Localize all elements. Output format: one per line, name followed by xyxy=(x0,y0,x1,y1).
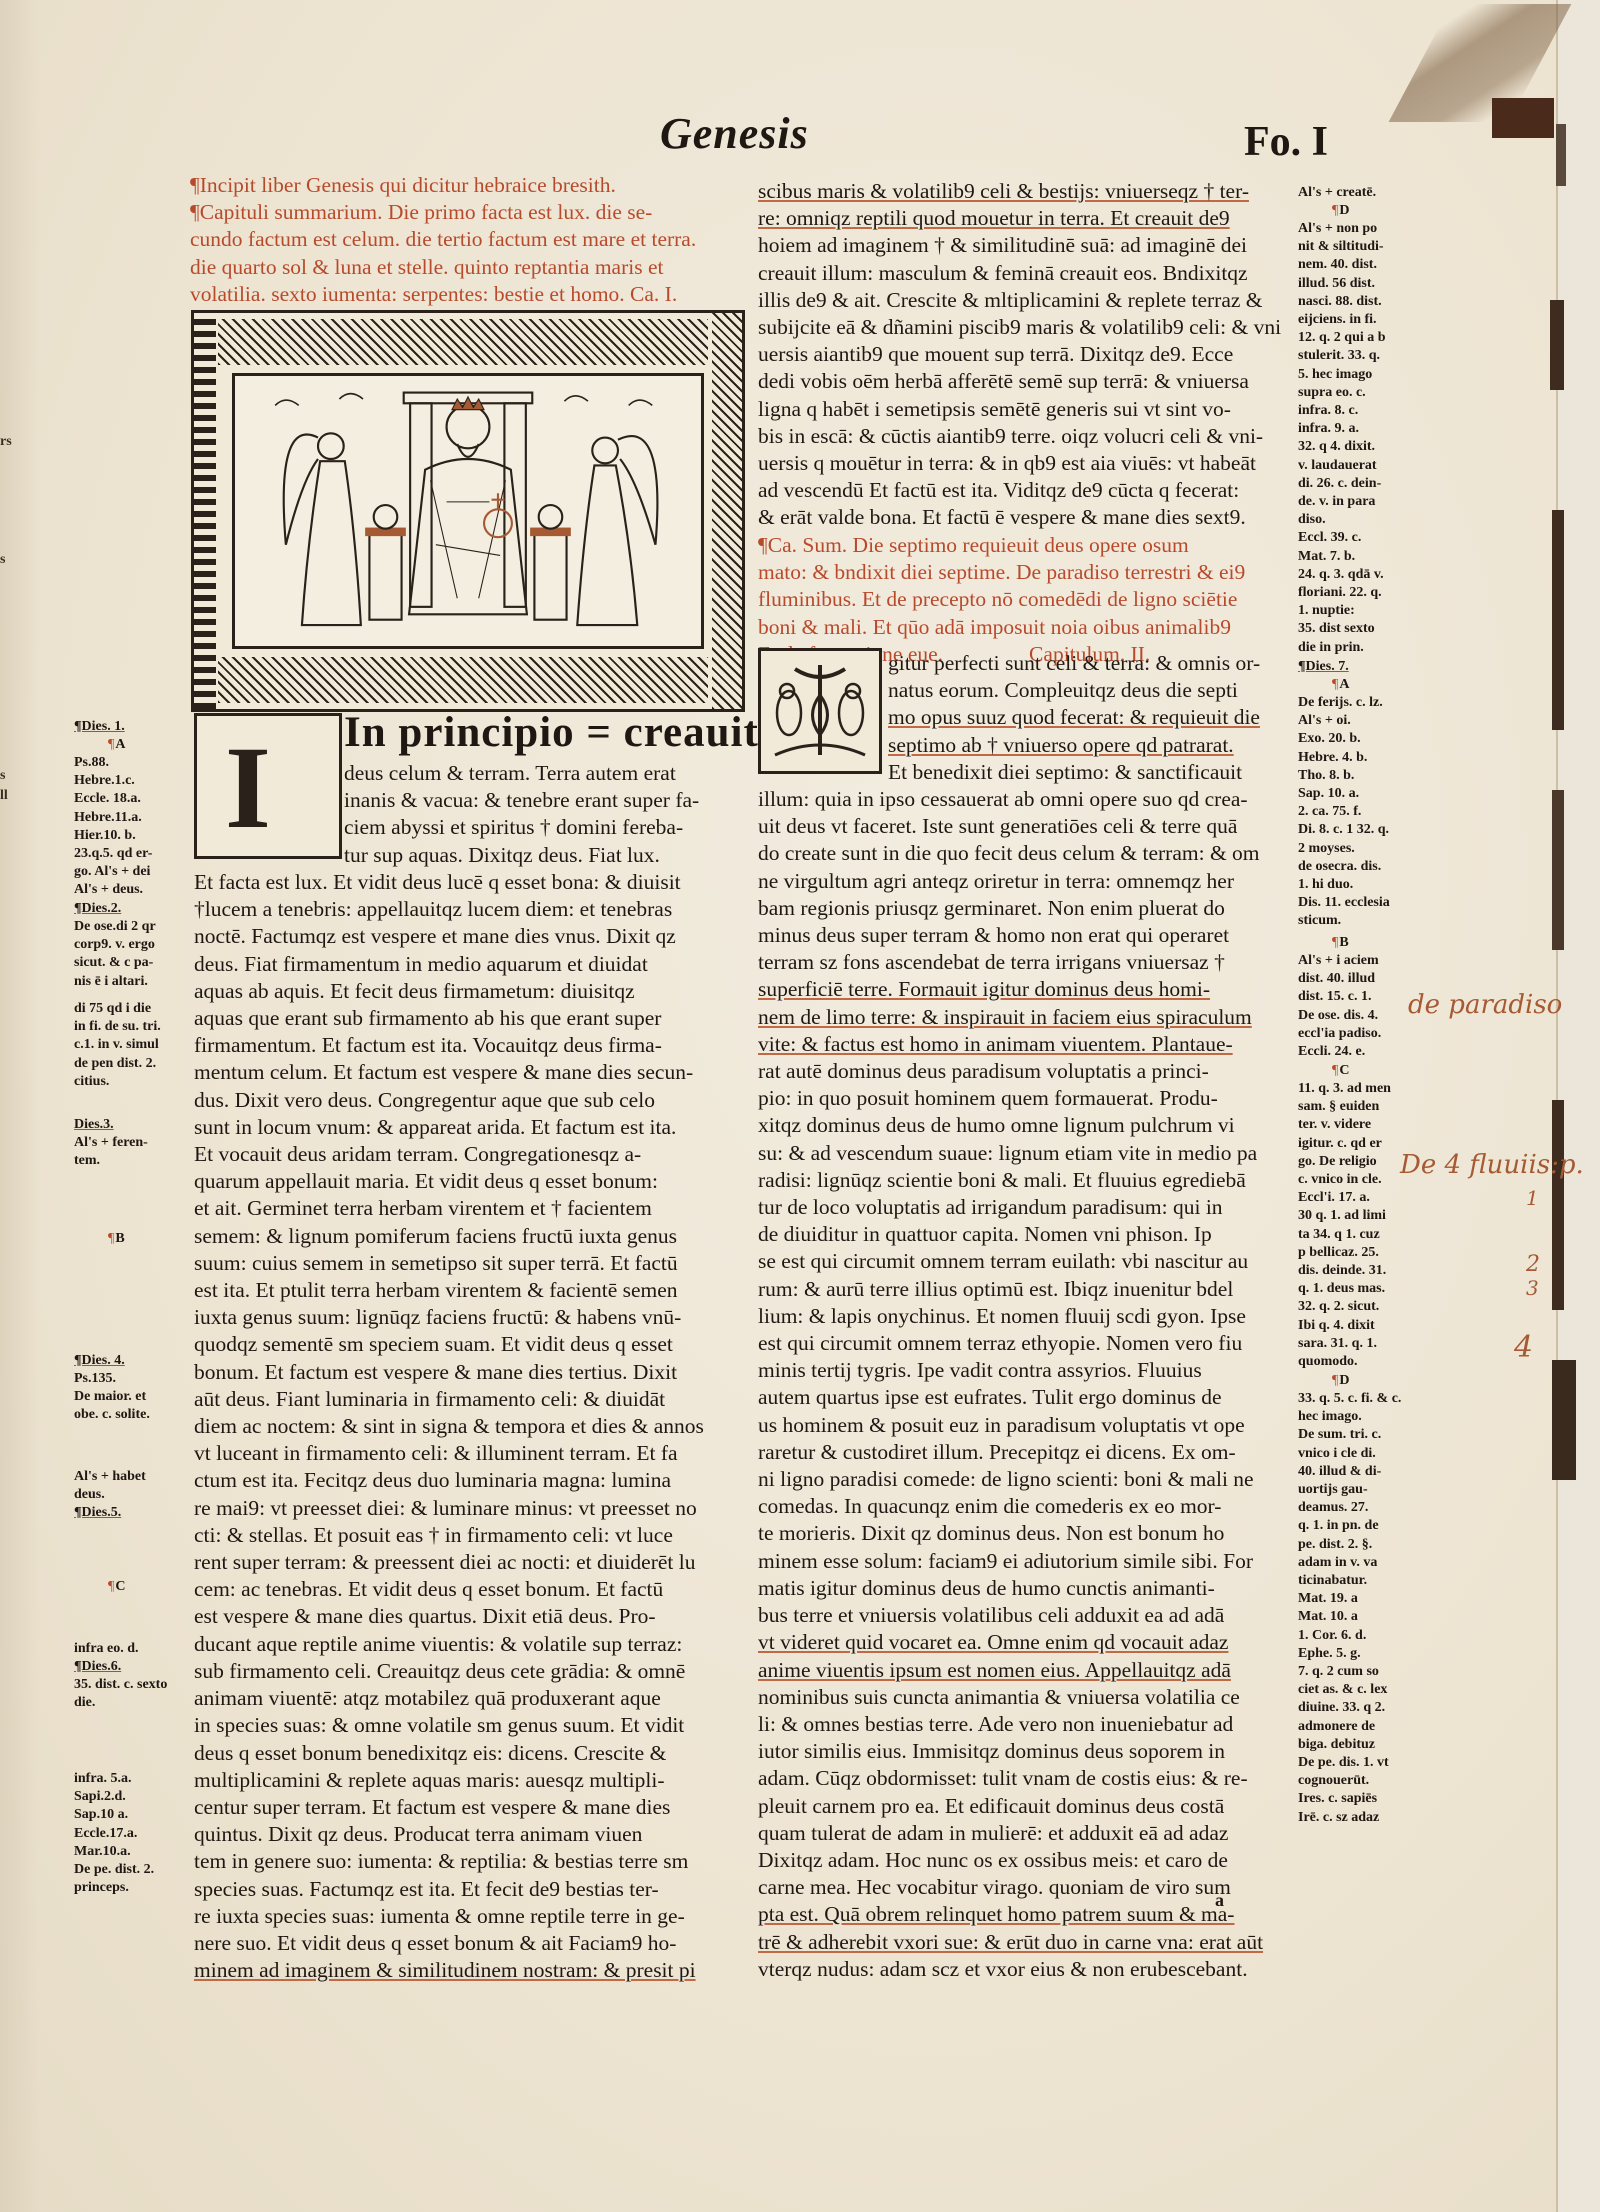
gloss-line: p bellicaz. 25. xyxy=(1298,1244,1391,1262)
text-line: de diuiditur in quattuor capita. Nomen v… xyxy=(758,1221,1292,1248)
gloss-line: Exo. 20. b. xyxy=(1298,730,1390,748)
gloss-line: 5. hec imago xyxy=(1298,366,1386,384)
gloss-line: princeps. xyxy=(74,1879,154,1897)
gloss-line: Dies.3. xyxy=(74,1116,114,1134)
text-line: bonum. Et factum est vespere & mane dies… xyxy=(194,1359,740,1386)
gloss-line: De ose.di 2 qr xyxy=(74,918,156,936)
gloss-line: stulerit. 33. q. xyxy=(1298,347,1386,365)
gloss-line: 40. illud & di- xyxy=(1298,1463,1401,1481)
leather-index-tab xyxy=(1552,510,1564,730)
marginal-gloss: di 75 qd i diein fi. de su. tri.c.1. in … xyxy=(74,1000,161,1091)
gloss-line: deus. xyxy=(74,1486,146,1504)
gloss-section-letter: D xyxy=(1298,202,1349,220)
text-line: bus terre et vniuersis volatilibus celi … xyxy=(758,1602,1292,1629)
text-line: septimo ab † vniuerso opere qd patrarat. xyxy=(888,732,1292,759)
rubric-line: volatilia. sexto iumenta: serpentes: bes… xyxy=(190,281,740,308)
gloss-line: Sap. 10. a. xyxy=(1298,785,1390,803)
text-line: iutor similis eius. Immisitqz dominus de… xyxy=(758,1738,1292,1765)
facing-page-bleed: ll xyxy=(0,788,8,804)
gloss-line: infra eo. d. xyxy=(74,1640,139,1658)
text-line: sunt in locum vnum: & appareat arida. Et… xyxy=(194,1114,740,1141)
text-line: Et benedixit diei septimo: & sanctificau… xyxy=(888,759,1292,786)
gloss-line: A xyxy=(74,736,125,754)
gloss-line: infra. 8. c. xyxy=(1298,402,1386,420)
text-line: quodqz sementē sm speciem suam. Et vidit… xyxy=(194,1331,740,1358)
text-line: minem esse solum: faciam9 ei adiutorium … xyxy=(758,1548,1292,1575)
gloss-line: Hebre. 4. b. xyxy=(1298,749,1390,767)
left-column-opening-lines: deus celum & terram. Terra autem erat in… xyxy=(344,760,740,869)
rubric-line: ¶Ca. Sum. Die septimo requieuit deus ope… xyxy=(758,532,1292,559)
text-line: raretur & custodiret illum. Precepitqz e… xyxy=(758,1439,1292,1466)
gloss-line: D xyxy=(1298,1372,1349,1390)
text-line: iuxta genus suum: lignūqz faciens fructū… xyxy=(194,1304,740,1331)
woodcut-border-top xyxy=(218,319,708,365)
gloss-line: supra eo. c. xyxy=(1298,384,1386,402)
leather-index-tab xyxy=(1552,790,1564,950)
marginal-gloss: Al's + non ponit & siltitudi-nem. 40. di… xyxy=(1298,220,1386,657)
gloss-line: Ibi q. 4. dixit xyxy=(1298,1317,1391,1335)
text-line: firmamentum. Et factum est ita. Vocauitq… xyxy=(194,1032,740,1059)
text-line: illum: quia in ipso cessauerat ab omni o… xyxy=(758,786,1292,813)
gloss-line: nem. 40. dist. xyxy=(1298,256,1386,274)
gloss-line: De pe. dis. 1. vt xyxy=(1298,1754,1401,1772)
gloss-line: 33. q. 5. c. fi. & c. xyxy=(1298,1390,1401,1408)
gloss-line: sam. § euiden xyxy=(1298,1098,1391,1116)
text-line: est vespere & mane dies quartus. Dixit e… xyxy=(194,1603,740,1630)
gloss-line: quomodo. xyxy=(1298,1353,1391,1371)
marginal-gloss: 35. dist. c. sextodie. xyxy=(74,1676,167,1712)
gloss-line: 30 q. 1. ad limi xyxy=(1298,1207,1391,1225)
gloss-line: 12. q. 2 qui a b xyxy=(1298,329,1386,347)
text-line: Dixitqz adam. Hoc nunc os ex ossibus mei… xyxy=(758,1847,1292,1874)
text-line: est qui circumit omnem terraz ethyopie. … xyxy=(758,1330,1292,1357)
two-birds-icon xyxy=(765,655,875,765)
gloss-line: adam in v. va xyxy=(1298,1554,1401,1572)
text-line: centur super terram. Et factum est vespe… xyxy=(194,1794,740,1821)
gloss-line: De sum. tri. c. xyxy=(1298,1426,1401,1444)
text-line: pio: in quo posuit hominem quem formauer… xyxy=(758,1085,1292,1112)
text-line: se est qui circumit omnem terram euilath… xyxy=(758,1248,1292,1275)
gloss-line: Ires. c. sapiēs xyxy=(1298,1790,1401,1808)
gloss-line: 1. nuptie: xyxy=(1298,602,1386,620)
text-line: sub firmamento celi. Creauitqz deus cete… xyxy=(194,1658,740,1685)
text-line: matis igitur dominus deus de humo cuncti… xyxy=(758,1575,1292,1602)
gloss-line: ¶Dies.2. xyxy=(74,900,121,918)
text-line: tem in genere suo: iumenta: & reptilia: … xyxy=(194,1848,740,1875)
text-line: minem ad imaginem & similitudinem nostra… xyxy=(194,1957,740,1984)
text-line: aquas ab aquis. Et fecit deus firmametum… xyxy=(194,978,740,1005)
gloss-line: Ephe. 5. g. xyxy=(1298,1645,1401,1663)
leather-index-tab-edge xyxy=(1556,124,1566,186)
rubric-line: mato: & bndixit diei septime. De paradis… xyxy=(758,559,1292,586)
gloss-day-heading: Dies.3. xyxy=(74,1116,114,1134)
gloss-line: in fi. de su. tri. xyxy=(74,1018,161,1036)
gloss-section-letter: B xyxy=(74,1230,125,1248)
text-line: do create sunt in die quo fecit deus cel… xyxy=(758,840,1292,867)
gloss-line: 35. dist sexto xyxy=(1298,620,1386,638)
text-line: re: omniqz reptili quod mouetur in terra… xyxy=(758,205,1292,232)
gloss-line: Al's + i aciem xyxy=(1298,952,1381,970)
text-line: ne virgultum agri anteqz oriretur in ter… xyxy=(758,868,1292,895)
text-line: quintus. Dixit qz deus. Producat terra a… xyxy=(194,1821,740,1848)
gloss-line: ¶Dies. 1. xyxy=(74,718,125,736)
gloss-line: 23.q.5. qd er- xyxy=(74,845,152,863)
gloss-line: 7. q. 2 cum so xyxy=(1298,1663,1401,1681)
gloss-line: de pen dist. 2. xyxy=(74,1055,161,1073)
gloss-line: igitur. c. qd er xyxy=(1298,1135,1391,1153)
text-line: ad vescendū Et factū est ita. Viditqz de… xyxy=(758,477,1292,504)
text-line: illis de9 & ait. Crescite & mltiplicamin… xyxy=(758,287,1292,314)
handwritten-annotation: 2 xyxy=(1526,1252,1540,1277)
text-line: adam. Cūqz obdormisset: tulit vnam de co… xyxy=(758,1765,1292,1792)
text-line: uersis aiantib9 que mouent sup terrā. Di… xyxy=(758,341,1292,368)
gloss-line: ¶Dies. 4. xyxy=(74,1352,125,1370)
right-column-text: illum: quia in ipso cessauerat ab omni o… xyxy=(758,786,1292,1983)
text-line: minus deus super terram & homo non erat … xyxy=(758,922,1292,949)
gloss-day-heading: ¶Dies.5. xyxy=(74,1504,121,1522)
marginal-gloss: Al's + feren-tem. xyxy=(74,1134,148,1170)
facing-page-bleed: rs xyxy=(0,434,12,450)
text-line: aquas que erant sub firmamento ab his qu… xyxy=(194,1005,740,1032)
text-line: ligna q habēt i semetipsis semētē generi… xyxy=(758,396,1292,423)
text-line: uit deus vt faceret. Iste sunt generatiō… xyxy=(758,813,1292,840)
gloss-line: ta 34. q 1. cuz xyxy=(1298,1226,1391,1244)
rubric-line: ¶Capituli summarium. Die primo facta est… xyxy=(190,199,740,226)
marginal-gloss: Ps.88.Hebre.1.c.Eccle. 18.a.Hebre.11.a.H… xyxy=(74,754,152,900)
text-line: ctum est ita. Fecitqz deus duo luminaria… xyxy=(194,1467,740,1494)
marginal-gloss: De ose.di 2 qrcorp9. v. ergosicut. & c p… xyxy=(74,918,156,991)
handwritten-annotation: 4 xyxy=(1514,1330,1533,1365)
enthroned-god-icon xyxy=(243,384,693,652)
text-line: deus. Fiat firmamentum in medio aquarum … xyxy=(194,951,740,978)
gloss-line: D xyxy=(1298,202,1349,220)
text-line: rum: & aurū terre illius optimū est. Ibi… xyxy=(758,1276,1292,1303)
gloss-day-heading: ¶Dies.6. xyxy=(74,1658,121,1676)
text-line: in species suas: & omne volatile sm genu… xyxy=(194,1712,740,1739)
gloss-line: die in prin. xyxy=(1298,639,1386,657)
text-line: superficiē terre. Formauit igitur dominu… xyxy=(758,976,1292,1003)
text-line: autem quartus ipse est eufrates. Tulit e… xyxy=(758,1384,1292,1411)
gloss-line: dist. 40. illud xyxy=(1298,970,1381,988)
text-line: mo opus suuz quod fecerat: & requieuit d… xyxy=(888,704,1292,731)
gloss-section-letter: D xyxy=(1298,1372,1349,1390)
gloss-line: infra. 5.a. xyxy=(74,1770,154,1788)
gloss-line: Al's + feren- xyxy=(74,1134,148,1152)
gloss-line: 32. q. 2. sicut. xyxy=(1298,1298,1391,1316)
text-line: semem: & lignum pomiferum faciens fructū… xyxy=(194,1223,740,1250)
rubric-line: die quarto sol & luna et stelle. quinto … xyxy=(190,254,740,281)
gloss-line: 2. ca. 75. f. xyxy=(1298,803,1390,821)
marginal-gloss: 33. q. 5. c. fi. & c.hec imago.De sum. t… xyxy=(1298,1390,1401,1827)
text-line: deus q esset bonum benedixitqz eis: dice… xyxy=(194,1740,740,1767)
marginal-gloss: infra. 5.a.Sapi.2.d.Sap.10 a.Eccle.17.a.… xyxy=(74,1770,154,1897)
text-line: cem: ac tenebras. Et vidit deus q esset … xyxy=(194,1576,740,1603)
rubric-line: fluminibus. Et de precepto nō comedēdi d… xyxy=(758,586,1292,613)
rubric-line: ¶Incipit liber Genesis qui dicitur hebra… xyxy=(190,172,740,199)
gloss-line: de. v. in para xyxy=(1298,493,1386,511)
text-line: pleuit carnem pro ea. Et edificauit domi… xyxy=(758,1793,1292,1820)
marginal-gloss: De ferijs. c. lz.Al's + oi.Exo. 20. b.He… xyxy=(1298,694,1390,931)
gloss-line: de osecra. dis. xyxy=(1298,858,1390,876)
leather-index-tab xyxy=(1552,1360,1576,1480)
text-line: xitqz dominus deus de humo omne lignum p… xyxy=(758,1112,1292,1139)
gloss-line: nit & siltitudi- xyxy=(1298,238,1386,256)
text-line: quam tulerat de adam in mulierē: et addu… xyxy=(758,1820,1292,1847)
gloss-line: di. 26. c. dein- xyxy=(1298,475,1386,493)
gloss-line: 1. Cor. 6. d. xyxy=(1298,1627,1401,1645)
text-line: li: & omnes bestias terre. Ade vero non … xyxy=(758,1711,1292,1738)
gloss-line: v. laudauerat xyxy=(1298,457,1386,475)
leather-index-tab xyxy=(1492,98,1554,138)
gloss-day-heading: ¶Dies. 1. xyxy=(74,718,125,736)
gloss-line: Al's + oi. xyxy=(1298,712,1390,730)
leather-index-tab xyxy=(1550,300,1564,390)
gloss-line: di 75 qd i die xyxy=(74,1000,161,1018)
text-line: animam viuentē: atqz motabilez quā produ… xyxy=(194,1685,740,1712)
gloss-line: Eccl. 39. c. xyxy=(1298,529,1386,547)
gloss-line: De ferijs. c. lz. xyxy=(1298,694,1390,712)
marginal-gloss: infra eo. d. xyxy=(74,1640,139,1658)
gloss-line: eijciens. in fi. xyxy=(1298,311,1386,329)
text-line: deus celum & terram. Terra autem erat xyxy=(344,760,740,787)
gloss-line: ticinabatur. xyxy=(1298,1572,1401,1590)
gloss-line: biga. debituz xyxy=(1298,1736,1401,1754)
gloss-line: ¶Dies.5. xyxy=(74,1504,121,1522)
text-line: diem ac noctem: & sint in signa & tempor… xyxy=(194,1413,740,1440)
gloss-line: Ps.135. xyxy=(74,1370,150,1388)
gloss-day-heading: ¶Dies. 4. xyxy=(74,1352,125,1370)
text-line: dedi vobis oēm herbā afferētē semē sup t… xyxy=(758,368,1292,395)
gloss-line: Eccle. 18.a. xyxy=(74,790,152,808)
text-line: nere suo. Et vidit deus q esset bonum & … xyxy=(194,1930,740,1957)
gloss-line: ciet as. & c. lex xyxy=(1298,1681,1401,1699)
woodcut-god-enthroned-with-angels xyxy=(191,310,745,712)
gloss-line: 32. q 4. dixit. xyxy=(1298,438,1386,456)
handwritten-annotation: de paradiso xyxy=(1408,990,1562,1020)
gloss-line: Hebre.1.c. xyxy=(74,772,152,790)
gloss-line: Mat. 19. a xyxy=(1298,1590,1401,1608)
gloss-line: C xyxy=(74,1578,125,1596)
gloss-line: illud. 56 dist. xyxy=(1298,275,1386,293)
text-line: multiplicamini & replete aquas maris: au… xyxy=(194,1767,740,1794)
gloss-line: sara. 31. q. 1. xyxy=(1298,1335,1391,1353)
text-line: carne mea. Hec vocabitur virago. quoniam… xyxy=(758,1874,1292,1901)
gloss-line: go. De religio xyxy=(1298,1153,1391,1171)
gloss-line: Sapi.2.d. xyxy=(74,1788,154,1806)
text-line: creauit illum: masculum & feminā creauit… xyxy=(758,260,1292,287)
gloss-line: diso. xyxy=(1298,511,1386,529)
gloss-section-letter: B xyxy=(1298,934,1349,952)
text-line: terram sz fons ascendebat de terra irrig… xyxy=(758,949,1292,976)
text-line: su: & ad vescendum suaue: lignum etiam v… xyxy=(758,1140,1292,1167)
text-line: gitur perfecti sunt celi & terra: & omni… xyxy=(888,650,1292,677)
gloss-line: c.1. in v. simul xyxy=(74,1036,161,1054)
gloss-line: go. Al's + dei xyxy=(74,863,152,881)
text-line: vterqz nudus: adam scz et vxor eius & no… xyxy=(758,1956,1292,1983)
gloss-line: C xyxy=(1298,1062,1349,1080)
gloss-section-letter: A xyxy=(1298,676,1349,694)
gloss-section-letter: A xyxy=(74,736,125,754)
gloss-line: citius. xyxy=(74,1073,161,1091)
gloss-line: Al's + habet xyxy=(74,1468,146,1486)
text-line: lium: & lapis onychinus. Et nomen fluuij… xyxy=(758,1303,1292,1330)
leather-index-tab xyxy=(1552,1100,1564,1310)
gloss-line: nasci. 88. dist. xyxy=(1298,293,1386,311)
gloss-line: 24. q. 3. qdā v. xyxy=(1298,566,1386,584)
marginal-gloss: Al's + creatē. xyxy=(1298,184,1376,202)
gloss-line: Dis. 11. ecclesia xyxy=(1298,894,1390,912)
gloss-line: Al's + deus. xyxy=(74,881,152,899)
gloss-line: Irē. c. sz adaz xyxy=(1298,1809,1401,1827)
text-line: anime viuentis ipsum est nomen eius. App… xyxy=(758,1657,1292,1684)
text-line: bam regionis priusqz germinaret. Non eni… xyxy=(758,895,1292,922)
gloss-line: B xyxy=(74,1230,125,1248)
text-line: minis tertij tygris. Ipe vadit contra as… xyxy=(758,1357,1292,1384)
chapter-2-opening-lines: gitur perfecti sunt celi & terra: & omni… xyxy=(888,650,1292,786)
gloss-line: A xyxy=(1298,676,1349,694)
text-line: nem de limo terre: & inspirauit in facie… xyxy=(758,1004,1292,1031)
woodcut-border-right xyxy=(712,313,742,709)
text-line: bis in escā: & cūctis aiantib9 terre. oi… xyxy=(758,423,1292,450)
gloss-line: De maior. et xyxy=(74,1388,150,1406)
gloss-line: uortijs gau- xyxy=(1298,1481,1401,1499)
gloss-line: ¶Dies.6. xyxy=(74,1658,121,1676)
gloss-line: Ps.88. xyxy=(74,754,152,772)
incipit-in-principio: In principio = creauit xyxy=(344,708,759,757)
text-line: Et facta est lux. Et vidit deus lucē q e… xyxy=(194,869,740,896)
gloss-line: Tho. 8. b. xyxy=(1298,767,1390,785)
gloss-line: dis. deinde. 31. xyxy=(1298,1262,1391,1280)
running-title: Genesis xyxy=(660,108,809,159)
facing-page-bleed: s xyxy=(0,768,5,784)
gloss-line: Sap.10 a. xyxy=(74,1806,154,1824)
woodcut-border-left xyxy=(194,313,216,709)
text-line: species suas. Factumqz est ita. Et fecit… xyxy=(194,1876,740,1903)
gloss-line: B xyxy=(1298,934,1349,952)
gloss-line: 2 moyses. xyxy=(1298,840,1390,858)
gloss-line: nis ē i altari. xyxy=(74,973,156,991)
text-line: uersis q mouētur in terra: & in qb9 est … xyxy=(758,450,1292,477)
text-line: vt luceant in firmamento celi: & illumin… xyxy=(194,1440,740,1467)
left-column-text: Et facta est lux. Et vidit deus lucē q e… xyxy=(194,869,740,1984)
gloss-line: Al's + creatē. xyxy=(1298,184,1376,202)
text-line: pta est. Quā obrem relinquet homo patrem… xyxy=(758,1901,1292,1928)
gloss-line: Eccli. 24. e. xyxy=(1298,1043,1381,1061)
text-line: aūt deus. Fiant luminaria in firmamento … xyxy=(194,1386,740,1413)
handwritten-annotation: 3 xyxy=(1526,1276,1539,1300)
text-line: & erāt valde bona. Et factū ē vespere & … xyxy=(758,504,1292,531)
gloss-line: tem. xyxy=(74,1152,148,1170)
decorated-initial-I-birds xyxy=(758,648,882,774)
gloss-line: ter. v. videre xyxy=(1298,1116,1391,1134)
gloss-line: sticum. xyxy=(1298,912,1390,930)
text-line: subijcite eā & dñamini piscib9 maris & v… xyxy=(758,314,1292,341)
text-line: mentum celum. Et factum est vespere & ma… xyxy=(194,1059,740,1086)
gloss-section-letter: C xyxy=(1298,1062,1349,1080)
gloss-line: ¶Dies. 7. xyxy=(1298,658,1349,676)
gloss-line: infra. 9. a. xyxy=(1298,420,1386,438)
gloss-line: q. 1. in pn. de xyxy=(1298,1517,1401,1535)
gloss-line: diuine. 33. q 2. xyxy=(1298,1699,1401,1717)
rubric-line: boni & mali. Et qūo adā imposuit noia oi… xyxy=(758,614,1292,641)
gloss-line: De pe. dist. 2. xyxy=(74,1861,154,1879)
text-line: re iuxta species suas: iumenta & omne re… xyxy=(194,1903,740,1930)
text-line: est ita. Et ptulit terra herbam virentem… xyxy=(194,1277,740,1304)
decorated-initial-I: I xyxy=(194,713,342,859)
woodcut-scene-frame xyxy=(232,373,704,649)
gloss-line: Mat. 7. b. xyxy=(1298,548,1386,566)
handwritten-annotation: De 4 fluuiis:p. xyxy=(1400,1150,1584,1180)
text-line: tur de loco voluptatis ad irrigandum par… xyxy=(758,1194,1292,1221)
text-line: re mai9: vt preesset diei: & luminare mi… xyxy=(194,1495,740,1522)
text-line: comedas. In quacunqz enim die comederis … xyxy=(758,1493,1292,1520)
text-line: suum: cuius semem in semetipso sit super… xyxy=(194,1250,740,1277)
text-line: rent super terram: & preessent diei ac n… xyxy=(194,1549,740,1576)
text-line: †lucem a tenebris: appellauitqz lucem di… xyxy=(194,896,740,923)
text-line: Et vocauit deus aridam terram. Congregat… xyxy=(194,1141,740,1168)
rubric-line: cundo factum est celum. die tertio factu… xyxy=(190,226,740,253)
gloss-line: Eccl'i. 17. a. xyxy=(1298,1189,1391,1207)
gloss-line: dist. 15. c. 1. xyxy=(1298,988,1381,1006)
rubric-summary-chapter-1: ¶Incipit liber Genesis qui dicitur hebra… xyxy=(190,172,740,308)
text-line: ducant aque reptile anime viuentis: & vo… xyxy=(194,1631,740,1658)
gloss-line: Mat. 10. a xyxy=(1298,1608,1401,1626)
gloss-line: 1. hi duo. xyxy=(1298,876,1390,894)
text-line: vite: & factus est homo in animam viuent… xyxy=(758,1031,1292,1058)
text-line: scibus maris & volatilib9 celi & bestijs… xyxy=(758,178,1292,205)
text-line: ciem abyssi et spiritus † domini fereba- xyxy=(344,814,740,841)
gloss-line: Hier.10. b. xyxy=(74,827,152,845)
woodcut-border-bottom xyxy=(218,657,708,703)
signature-mark: a xyxy=(1215,1890,1224,1911)
facing-page-bleed: s xyxy=(0,552,5,568)
gloss-line: sicut. & c pa- xyxy=(74,954,156,972)
text-line: rat autē dominus deus paradisum voluptat… xyxy=(758,1058,1292,1085)
gloss-section-letter: C xyxy=(74,1578,125,1596)
gloss-line: De ose. dis. 4. xyxy=(1298,1007,1381,1025)
right-column-text-top: scibus maris & volatilib9 celi & bestijs… xyxy=(758,178,1292,532)
text-line: et ait. Germinet terra herbam virentem e… xyxy=(194,1195,740,1222)
marginal-gloss: 11. q. 3. ad mensam. § euidenter. v. vid… xyxy=(1298,1080,1391,1371)
gloss-day-heading: ¶Dies.2. xyxy=(74,900,121,918)
gloss-line: cognouerūt. xyxy=(1298,1772,1401,1790)
gloss-line: Di. 8. c. 1 32. q. xyxy=(1298,821,1390,839)
gloss-line: Eccle.17.a. xyxy=(74,1825,154,1843)
gloss-line: deamus. 27. xyxy=(1298,1499,1401,1517)
text-line: ni ligno paradisi comede: de ligno scien… xyxy=(758,1466,1292,1493)
gloss-line: q. 1. deus mas. xyxy=(1298,1280,1391,1298)
text-line: natus eorum. Compleuitqz deus die septi xyxy=(888,677,1292,704)
gloss-line: corp9. v. ergo xyxy=(74,936,156,954)
gloss-line: eccl'ia padiso. xyxy=(1298,1025,1381,1043)
text-line: inanis & vacua: & tenebre erant super fa… xyxy=(344,787,740,814)
text-line: cti: & stellas. Et posuit eas † in firma… xyxy=(194,1522,740,1549)
text-line: hoiem ad imaginem † & similitudinē suā: … xyxy=(758,232,1292,259)
text-line: radisi: lignūqz scientie boni & mali. Et… xyxy=(758,1167,1292,1194)
gloss-line: c. vnico in cle. xyxy=(1298,1171,1391,1189)
gloss-line: admonere de xyxy=(1298,1718,1401,1736)
marginal-gloss: Ps.135.De maior. etobe. c. solite. xyxy=(74,1370,150,1425)
gloss-line: 35. dist. c. sexto xyxy=(74,1676,167,1694)
gutter-shadow xyxy=(0,0,40,2212)
gloss-line: floriani. 22. q. xyxy=(1298,584,1386,602)
gloss-line: pe. dist. 2. §. xyxy=(1298,1536,1401,1554)
gloss-line: Hebre.11.a. xyxy=(74,809,152,827)
gloss-line: Mar.10.a. xyxy=(74,1843,154,1861)
gloss-line: Al's + non po xyxy=(1298,220,1386,238)
marginal-gloss: Al's + habetdeus. xyxy=(74,1468,146,1504)
text-line: te morieris. Dixit qz dominus deus. Non … xyxy=(758,1520,1292,1547)
